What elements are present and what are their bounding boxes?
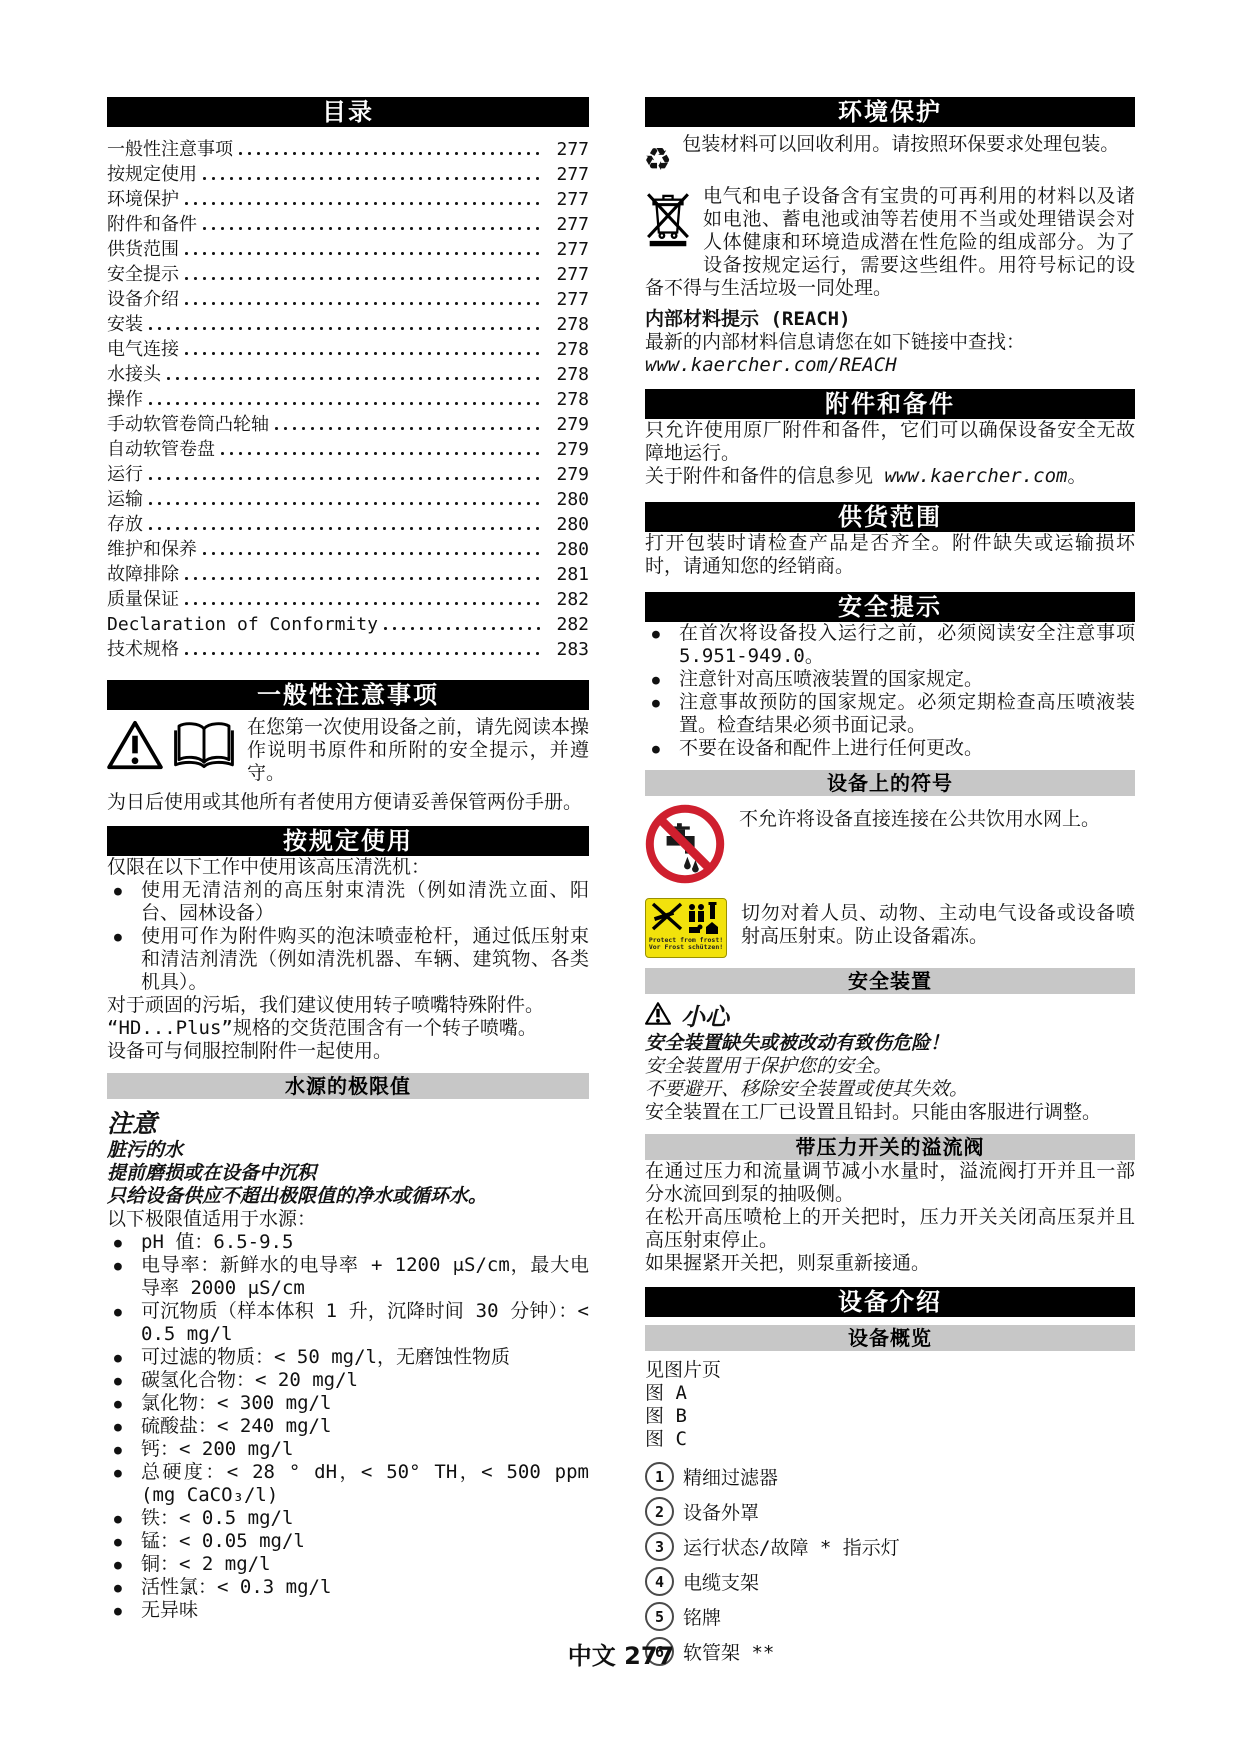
toc-entry-page: 282	[545, 612, 589, 637]
see-pictures-line: 见图片页	[645, 1359, 1135, 1382]
toc-dot-leader	[164, 367, 542, 387]
list-item: 使用可作为附件购买的泡沫喷壶枪杆，通过低压射束和清洁剂清洗（例如清洗机器、车辆、…	[107, 925, 589, 994]
toc-dot-leader	[182, 342, 542, 362]
weee-block: 电气和电子设备含有宝贵的可再利用的材料以及诸如电池、蓄电池或油等若使用不当或处理…	[645, 185, 1135, 300]
toc-entry: 存放 280	[107, 512, 589, 537]
toc-dot-leader	[182, 567, 542, 587]
sticker-caption-line2: Vor Frost schützen!	[649, 944, 723, 951]
toc-dot-leader	[146, 492, 542, 512]
toc-entry-page: 278	[545, 337, 589, 362]
paragraph: 如果握紧开关把，则泵重新接通。	[645, 1252, 1135, 1275]
toc-entry-page: 278	[545, 387, 589, 412]
frost-warning-sticker-icon: Protect from frost! Vor Frost schützen!	[645, 898, 727, 958]
toc-entry-page: 277	[545, 237, 589, 262]
toc-entry: Declaration of Conformity 282	[107, 612, 589, 637]
toc-entry-page: 280	[545, 487, 589, 512]
list-item: 无异味	[107, 1599, 589, 1622]
list-item: 活性氯：< 0.3 mg/l	[107, 1576, 589, 1599]
toc-entry-label: 质量保证	[107, 587, 179, 612]
part-label: 设备外罩	[683, 1498, 759, 1525]
toc-entry-page: 277	[545, 287, 589, 312]
symbol-no-drinking-water-block: 不允许将设备直接连接在公共饮用水网上。	[645, 804, 1135, 890]
device-part-item: 4 电缆支架	[645, 1564, 1135, 1599]
toc-entry: 质量保证 282	[107, 587, 589, 612]
toc-entry: 一般性注意事项 277	[107, 137, 589, 162]
figure-reference: 图 C	[645, 1428, 1135, 1451]
toc-entry-page: 277	[545, 187, 589, 212]
weee-text: 电气和电子设备含有宝贵的可再利用的材料以及诸如电池、蓄电池或油等若使用不当或处理…	[645, 185, 1135, 299]
left-column: 目录 一般性注意事项 277 按规定使用 277 环境保护 277 附件和备件 …	[107, 97, 589, 1622]
manual-page: 目录 一般性注意事项 277 按规定使用 277 环境保护 277 附件和备件 …	[0, 0, 1241, 1754]
toc-dot-leader	[146, 392, 542, 412]
recycle-icon: ♻	[645, 133, 670, 179]
symbol-no-drinking-water-text: 不允许将设备直接连接在公共饮用水网上。	[739, 804, 1135, 831]
caution-line: 不要避开、移除安全装置或使其失效。	[645, 1078, 1135, 1101]
part-label: 运行状态/故障 * 指示灯	[683, 1533, 900, 1560]
toc-entry-label: 故障排除	[107, 562, 179, 587]
toc-entry: 维护和保养 280	[107, 537, 589, 562]
section-general-notes-title: 一般性注意事项	[107, 680, 589, 710]
toc-entry: 按规定使用 277	[107, 162, 589, 187]
list-item: 铁：< 0.5 mg/l	[107, 1507, 589, 1530]
device-part-item: 3 运行状态/故障 * 指示灯	[645, 1529, 1135, 1564]
toc-entry-page: 279	[545, 437, 589, 462]
subsection-overflow-valve-title: 带压力开关的溢流阀	[645, 1134, 1135, 1160]
list-item: 电导率：新鲜水的电导率 + 1200 μS/cm，最大电导率 2000 μS/c…	[107, 1254, 589, 1300]
toc-entry-label: 技术规格	[107, 637, 179, 662]
reach-heading: 内部材料提示 (REACH)	[645, 308, 1135, 331]
overflow-valve-paragraphs: 在通过压力和流量调节减小水量时，溢流阀打开并且一部分水流回到泵的抽吸侧。在松开高…	[645, 1160, 1135, 1275]
part-label: 精细过滤器	[683, 1463, 778, 1490]
toc-entry-label: 存放	[107, 512, 143, 537]
toc-entry-page: 277	[545, 262, 589, 287]
page-footer: 中文 277	[107, 1636, 1135, 1671]
toc-dot-leader	[182, 192, 542, 212]
part-number-badge: 5	[645, 1602, 674, 1631]
caution-triangle-icon	[645, 1002, 671, 1032]
kaercher-url: www.kaercher.com	[884, 465, 1067, 487]
warning-triangle-icon	[107, 720, 163, 776]
section-device-intro-title: 设备介绍	[645, 1287, 1135, 1317]
reach-url: www.kaercher.com/REACH	[645, 354, 1135, 377]
list-item: 总硬度：< 28 ° dH，< 50° TH，< 500 ppm (mg CaC…	[107, 1461, 589, 1507]
notice-heading: 注意	[107, 1109, 589, 1139]
caution-heading-label: 小心	[681, 1002, 729, 1032]
section-scope-title: 供货范围	[645, 502, 1135, 532]
device-part-item: 1 精细过滤器	[645, 1459, 1135, 1494]
toc-title: 目录	[107, 97, 589, 127]
reach-text: 最新的内部材料信息请您在如下链接中查找：	[645, 331, 1135, 354]
toc-entry: 技术规格 283	[107, 637, 589, 662]
toc-dot-leader	[146, 467, 542, 487]
list-item: 在首次将设备投入运行之前，必须阅读安全注意事项 5.951-949.0。	[645, 622, 1135, 668]
toc-dot-leader	[381, 617, 542, 637]
toc-entry: 附件和备件 277	[107, 212, 589, 237]
toc-dot-leader	[146, 317, 542, 337]
part-number-badge: 3	[645, 1532, 674, 1561]
accessories-info-line: 关于附件和备件的信息参见 www.kaercher.com。	[645, 465, 1135, 488]
toc-entry-page: 280	[545, 537, 589, 562]
part-label: 电缆支架	[683, 1568, 759, 1595]
toc-entry-label: 运输	[107, 487, 143, 512]
toc-dot-leader	[218, 442, 542, 462]
list-item: 硫酸盐：< 240 mg/l	[107, 1415, 589, 1438]
proper-use-paragraphs: 对于顽固的污垢，我们建议使用转子喷嘴特殊附件。“HD...Plus”规格的交货范…	[107, 994, 589, 1063]
subsection-water-limits-title: 水源的极限值	[107, 1073, 589, 1099]
recycle-block: ♻ 包装材料可以回收利用。请按照环保要求处理包装。	[645, 133, 1135, 179]
toc-entry-page: 277	[545, 162, 589, 187]
toc-entry-page: 277	[545, 212, 589, 237]
notice-line: 提前磨损或在设备中沉积	[107, 1162, 589, 1185]
toc-entry-label: 手动软管卷筒凸轮轴	[107, 412, 269, 437]
toc-entry-page: 278	[545, 312, 589, 337]
caution-danger-line: 安全装置缺失或被改动有致伤危险！	[645, 1032, 1135, 1055]
accessories-paragraph: 只允许使用原厂附件和备件，它们可以确保设备安全无故障地运行。	[645, 419, 1135, 465]
device-part-item: 5 铭牌	[645, 1599, 1135, 1634]
toc-dot-leader	[182, 592, 542, 612]
general-notes-paragraph: 为日后使用或其他所有者使用方便请妥善保管两份手册。	[107, 791, 589, 814]
caution-italic-lines: 安全装置用于保护您的安全。不要避开、移除安全装置或使其失效。	[645, 1055, 1135, 1101]
paragraph: 设备可与伺服控制附件一起使用。	[107, 1040, 589, 1063]
caution-heading: 小心	[645, 1002, 1135, 1032]
toc-entry: 手动软管卷筒凸轮轴 279	[107, 412, 589, 437]
right-column: 环境保护 ♻ 包装材料可以回收利用。请按照环保要求处理包装。	[645, 97, 1135, 1669]
toc-entry-label: 安全提示	[107, 262, 179, 287]
list-item: 氯化物：< 300 mg/l	[107, 1392, 589, 1415]
toc-entry-label: 设备介绍	[107, 287, 179, 312]
toc-entry: 供货范围 277	[107, 237, 589, 262]
toc-dot-leader	[182, 292, 542, 312]
list-item: 使用无清洁剂的高压射束清洗（例如清洗立面、阳台、园林设备）	[107, 879, 589, 925]
water-limits-bullets: pH 值：6.5-9.5电导率：新鲜水的电导率 + 1200 μS/cm，最大电…	[107, 1231, 589, 1622]
water-limits-intro: 以下极限值适用于水源：	[107, 1208, 589, 1231]
toc-entry-label: 附件和备件	[107, 212, 197, 237]
list-item: 可沉物质（样本体积 1 升，沉降时间 30 分钟）：< 0.5 mg/l	[107, 1300, 589, 1346]
no-drinking-water-connection-icon	[645, 804, 725, 890]
symbol-warning-sticker-block: Protect from frost! Vor Frost schützen! …	[645, 898, 1135, 958]
toc-dot-leader	[182, 242, 542, 262]
weee-crossed-bin-icon	[645, 189, 691, 253]
toc-entry: 故障排除 281	[107, 562, 589, 587]
toc-dot-leader	[236, 142, 542, 162]
caution-line: 安全装置用于保护您的安全。	[645, 1055, 1135, 1078]
toc-entry-label: 自动软管卷盘	[107, 437, 215, 462]
proper-use-intro: 仅限在以下工作中使用该高压清洗机：	[107, 856, 589, 879]
notice-line: 脏污的水	[107, 1139, 589, 1162]
paragraph: “HD...Plus”规格的交货范围含有一个转子喷嘴。	[107, 1017, 589, 1040]
toc-entry-label: 水接头	[107, 362, 161, 387]
list-item: 锰：< 0.05 mg/l	[107, 1530, 589, 1553]
toc-entry: 电气连接 278	[107, 337, 589, 362]
toc-entry: 自动软管卷盘 279	[107, 437, 589, 462]
figure-reference: 图 B	[645, 1405, 1135, 1428]
toc-entry: 环境保护 277	[107, 187, 589, 212]
device-part-item: 2 设备外罩	[645, 1494, 1135, 1529]
toc-entry-label: 电气连接	[107, 337, 179, 362]
toc-dot-leader	[200, 167, 542, 187]
toc-dot-leader	[272, 417, 542, 437]
paragraph: 在松开高压喷枪上的开关把时，压力开关关闭高压泵并且高压射束停止。	[645, 1206, 1135, 1252]
part-number-badge: 4	[645, 1567, 674, 1596]
caution-normal-line: 安全装置在工厂已设置且铅封。只能由客服进行调整。	[645, 1101, 1135, 1124]
toc-entry: 安全提示 277	[107, 262, 589, 287]
toc-dot-leader	[182, 267, 542, 287]
toc-entry-page: 282	[545, 587, 589, 612]
toc-entry-label: Declaration of Conformity	[107, 612, 378, 637]
toc-entry-label: 供货范围	[107, 237, 179, 262]
section-safety-title: 安全提示	[645, 592, 1135, 622]
subsection-device-overview-title: 设备概览	[645, 1325, 1135, 1351]
list-item: 注意事故预防的国家规定。必须定期检查高压喷液装置。检查结果必须书面记录。	[645, 691, 1135, 737]
toc-entry-label: 维护和保养	[107, 537, 197, 562]
notice-line: 只给设备供应不超出极限值的净水或循环水。	[107, 1185, 589, 1208]
toc-entry: 水接头 278	[107, 362, 589, 387]
toc-entry: 运输 280	[107, 487, 589, 512]
toc-entry-label: 一般性注意事项	[107, 137, 233, 162]
toc-entry: 安装 278	[107, 312, 589, 337]
table-of-contents: 一般性注意事项 277 按规定使用 277 环境保护 277 附件和备件 277…	[107, 137, 589, 662]
subsection-device-symbols-title: 设备上的符号	[645, 770, 1135, 796]
proper-use-bullets: 使用无清洁剂的高压射束清洗（例如清洗立面、阳台、园林设备）使用可作为附件购买的泡…	[107, 879, 589, 994]
paragraph: 对于顽固的污垢，我们建议使用转子喷嘴特殊附件。	[107, 994, 589, 1017]
toc-dot-leader	[182, 642, 542, 662]
list-item: 铜：< 2 mg/l	[107, 1553, 589, 1576]
read-manual-book-icon	[173, 720, 235, 776]
symbol-no-spray-text: 切勿对着人员、动物、主动电气设备或设备喷射高压射束。防止设备霜冻。	[741, 898, 1135, 948]
figure-reference: 图 A	[645, 1382, 1135, 1405]
section-environment-title: 环境保护	[645, 97, 1135, 127]
recycle-text: 包装材料可以回收利用。请按照环保要求处理包装。	[682, 133, 1135, 179]
section-accessories-title: 附件和备件	[645, 389, 1135, 419]
list-item: 注意针对高压喷液装置的国家规定。	[645, 668, 1135, 691]
toc-entry-page: 281	[545, 562, 589, 587]
toc-entry-page: 280	[545, 512, 589, 537]
general-notes-block: 在您第一次使用设备之前，请先阅读本操作说明书原件和所附的安全提示，并遵守。	[107, 716, 589, 785]
part-label: 铭牌	[683, 1603, 721, 1630]
list-item: 不要在设备和配件上进行任何更改。	[645, 737, 1135, 760]
scope-paragraph: 打开包装时请检查产品是否齐全。附件缺失或运输损坏时，请通知您的经销商。	[645, 532, 1135, 578]
accessories-info-prefix: 关于附件和备件的信息参见	[645, 465, 884, 487]
part-number-badge: 1	[645, 1462, 674, 1491]
water-limits-notice-lines: 脏污的水提前磨损或在设备中沉积只给设备供应不超出极限值的净水或循环水。	[107, 1139, 589, 1208]
toc-entry-label: 按规定使用	[107, 162, 197, 187]
toc-entry: 运行 279	[107, 462, 589, 487]
figure-references: 图 A图 B图 C	[645, 1382, 1135, 1451]
toc-entry-label: 操作	[107, 387, 143, 412]
paragraph: 在通过压力和流量调节减小水量时，溢流阀打开并且一部分水流回到泵的抽吸侧。	[645, 1160, 1135, 1206]
toc-dot-leader	[146, 517, 542, 537]
list-item: pH 值：6.5-9.5	[107, 1231, 589, 1254]
toc-entry: 设备介绍 277	[107, 287, 589, 312]
list-item: 可过滤的物质：< 50 mg/l，无磨蚀性物质	[107, 1346, 589, 1369]
toc-entry-page: 279	[545, 412, 589, 437]
toc-entry-label: 运行	[107, 462, 143, 487]
toc-dot-leader	[200, 217, 542, 237]
toc-entry-page: 283	[545, 637, 589, 662]
list-item: 钙：< 200 mg/l	[107, 1438, 589, 1461]
part-number-badge: 2	[645, 1497, 674, 1526]
toc-entry-page: 279	[545, 462, 589, 487]
general-notes-text: 在您第一次使用设备之前，请先阅读本操作说明书原件和所附的安全提示，并遵守。	[247, 716, 589, 785]
section-proper-use-title: 按规定使用	[107, 826, 589, 856]
accessories-info-suffix: 。	[1067, 465, 1086, 487]
toc-entry-page: 277	[545, 137, 589, 162]
safety-bullets: 在首次将设备投入运行之前，必须阅读安全注意事项 5.951-949.0。注意针对…	[645, 622, 1135, 760]
toc-entry-label: 安装	[107, 312, 143, 337]
toc-dot-leader	[200, 542, 542, 562]
toc-entry-page: 278	[545, 362, 589, 387]
list-item: 碳氢化合物：< 20 mg/l	[107, 1369, 589, 1392]
subsection-safety-devices-title: 安全装置	[645, 968, 1135, 994]
toc-entry-label: 环境保护	[107, 187, 179, 212]
toc-entry: 操作 278	[107, 387, 589, 412]
